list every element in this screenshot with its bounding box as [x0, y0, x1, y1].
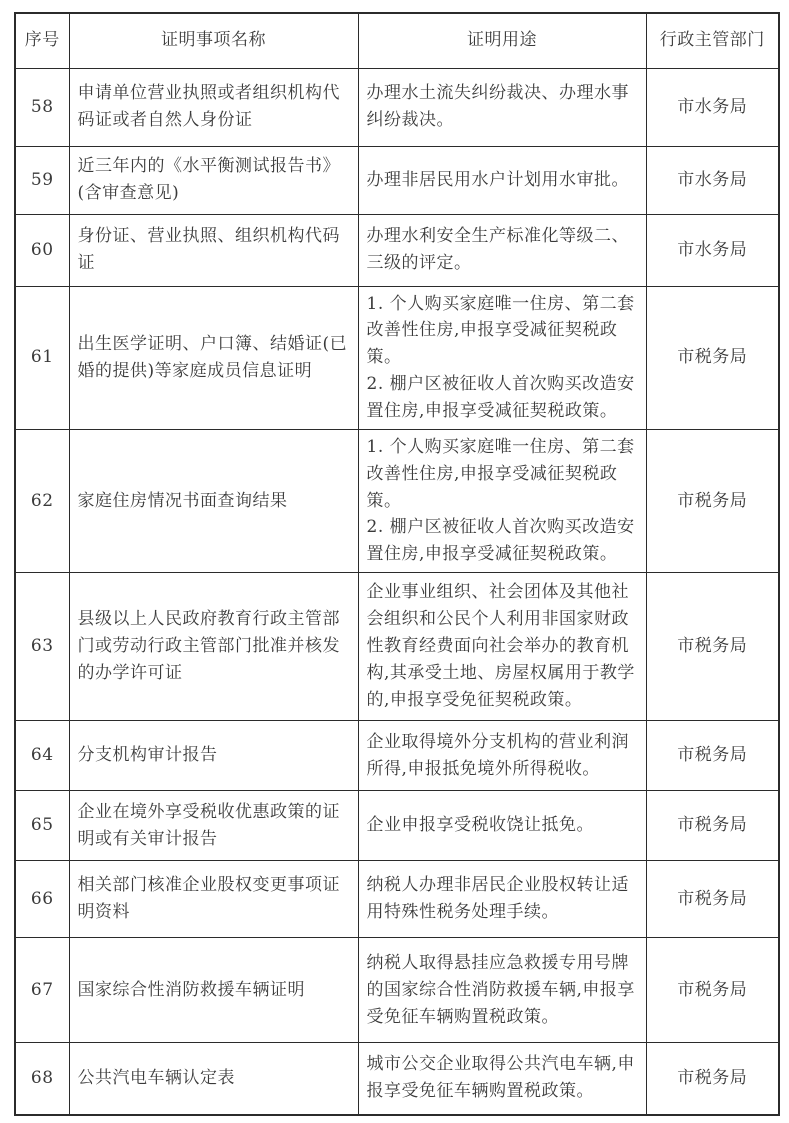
- row-number: 68: [15, 1043, 69, 1115]
- header-number: 序号: [15, 13, 69, 68]
- item-department: 市水务局: [646, 146, 779, 214]
- item-purpose: 城市公交企业取得公共汽电车辆,申报享受免征车辆购置税政策。: [358, 1043, 646, 1115]
- table-row: 59 近三年内的《水平衡测试报告书》(含审查意见) 办理非居民用水户计划用水审批…: [15, 146, 779, 214]
- item-purpose: 1. 个人购买家庭唯一住房、第二套改善性住房,申报享受减征契税政策。 2. 棚户…: [358, 429, 646, 572]
- item-name: 申请单位营业执照或者组织机构代码证或者自然人身份证: [69, 68, 358, 146]
- item-purpose: 办理水利安全生产标准化等级二、三级的评定。: [358, 214, 646, 286]
- item-department: 市水务局: [646, 68, 779, 146]
- row-number: 59: [15, 146, 69, 214]
- item-department: 市税务局: [646, 791, 779, 861]
- item-name: 企业在境外享受税收优惠政策的证明或有关审计报告: [69, 791, 358, 861]
- table-row: 62 家庭住房情况书面查询结果 1. 个人购买家庭唯一住房、第二套改善性住房,申…: [15, 429, 779, 572]
- item-name: 国家综合性消防救援车辆证明: [69, 938, 358, 1043]
- item-purpose: 办理水土流失纠纷裁决、办理水事纠纷裁决。: [358, 68, 646, 146]
- item-purpose: 纳税人取得悬挂应急救援专用号牌的国家综合性消防救援车辆,申报享受免征车辆购置税政…: [358, 938, 646, 1043]
- item-purpose: 1. 个人购买家庭唯一住房、第二套改善性住房,申报享受减征契税政策。 2. 棚户…: [358, 286, 646, 429]
- item-name: 县级以上人民政府教育行政主管部门或劳动行政主管部门批准并核发的办学许可证: [69, 573, 358, 721]
- row-number: 63: [15, 573, 69, 721]
- item-name: 近三年内的《水平衡测试报告书》(含审查意见): [69, 146, 358, 214]
- item-department: 市税务局: [646, 286, 779, 429]
- row-number: 61: [15, 286, 69, 429]
- header-purpose: 证明用途: [358, 13, 646, 68]
- item-name: 相关部门核准企业股权变更事项证明资料: [69, 861, 358, 938]
- table-row: 68 公共汽电车辆认定表 城市公交企业取得公共汽电车辆,申报享受免征车辆购置税政…: [15, 1043, 779, 1115]
- table-row: 60 身份证、营业执照、组织机构代码证 办理水利安全生产标准化等级二、三级的评定…: [15, 214, 779, 286]
- item-name: 身份证、营业执照、组织机构代码证: [69, 214, 358, 286]
- document-page: 序号 证明事项名称 证明用途 行政主管部门 58 申请单位营业执照或者组织机构代…: [0, 0, 789, 1123]
- row-number: 67: [15, 938, 69, 1043]
- item-purpose: 办理非居民用水户计划用水审批。: [358, 146, 646, 214]
- row-number: 65: [15, 791, 69, 861]
- item-department: 市水务局: [646, 214, 779, 286]
- item-purpose: 企业取得境外分支机构的营业利润所得,申报抵免境外所得税收。: [358, 721, 646, 791]
- item-department: 市税务局: [646, 573, 779, 721]
- header-item-name: 证明事项名称: [69, 13, 358, 68]
- table-row: 58 申请单位营业执照或者组织机构代码证或者自然人身份证 办理水土流失纠纷裁决、…: [15, 68, 779, 146]
- certificate-items-table: 序号 证明事项名称 证明用途 行政主管部门 58 申请单位营业执照或者组织机构代…: [14, 12, 780, 1116]
- table-row: 65 企业在境外享受税收优惠政策的证明或有关审计报告 企业申报享受税收饶让抵免。…: [15, 791, 779, 861]
- item-purpose: 纳税人办理非居民企业股权转让适用特殊性税务处理手续。: [358, 861, 646, 938]
- table-row: 63 县级以上人民政府教育行政主管部门或劳动行政主管部门批准并核发的办学许可证 …: [15, 573, 779, 721]
- item-department: 市税务局: [646, 429, 779, 572]
- item-purpose: 企业事业组织、社会团体及其他社会组织和公民个人利用非国家财政性教育经费面向社会举…: [358, 573, 646, 721]
- item-department: 市税务局: [646, 861, 779, 938]
- table-row: 66 相关部门核准企业股权变更事项证明资料 纳税人办理非居民企业股权转让适用特殊…: [15, 861, 779, 938]
- table-row: 67 国家综合性消防救援车辆证明 纳税人取得悬挂应急救援专用号牌的国家综合性消防…: [15, 938, 779, 1043]
- row-number: 58: [15, 68, 69, 146]
- item-department: 市税务局: [646, 721, 779, 791]
- table-row: 64 分支机构审计报告 企业取得境外分支机构的营业利润所得,申报抵免境外所得税收…: [15, 721, 779, 791]
- row-number: 64: [15, 721, 69, 791]
- row-number: 60: [15, 214, 69, 286]
- item-name: 出生医学证明、户口簿、结婚证(已婚的提供)等家庭成员信息证明: [69, 286, 358, 429]
- table-row: 61 出生医学证明、户口簿、结婚证(已婚的提供)等家庭成员信息证明 1. 个人购…: [15, 286, 779, 429]
- item-department: 市税务局: [646, 938, 779, 1043]
- item-purpose: 企业申报享受税收饶让抵免。: [358, 791, 646, 861]
- item-name: 公共汽电车辆认定表: [69, 1043, 358, 1115]
- item-name: 分支机构审计报告: [69, 721, 358, 791]
- row-number: 62: [15, 429, 69, 572]
- table-header-row: 序号 证明事项名称 证明用途 行政主管部门: [15, 13, 779, 68]
- header-department: 行政主管部门: [646, 13, 779, 68]
- item-name: 家庭住房情况书面查询结果: [69, 429, 358, 572]
- row-number: 66: [15, 861, 69, 938]
- item-department: 市税务局: [646, 1043, 779, 1115]
